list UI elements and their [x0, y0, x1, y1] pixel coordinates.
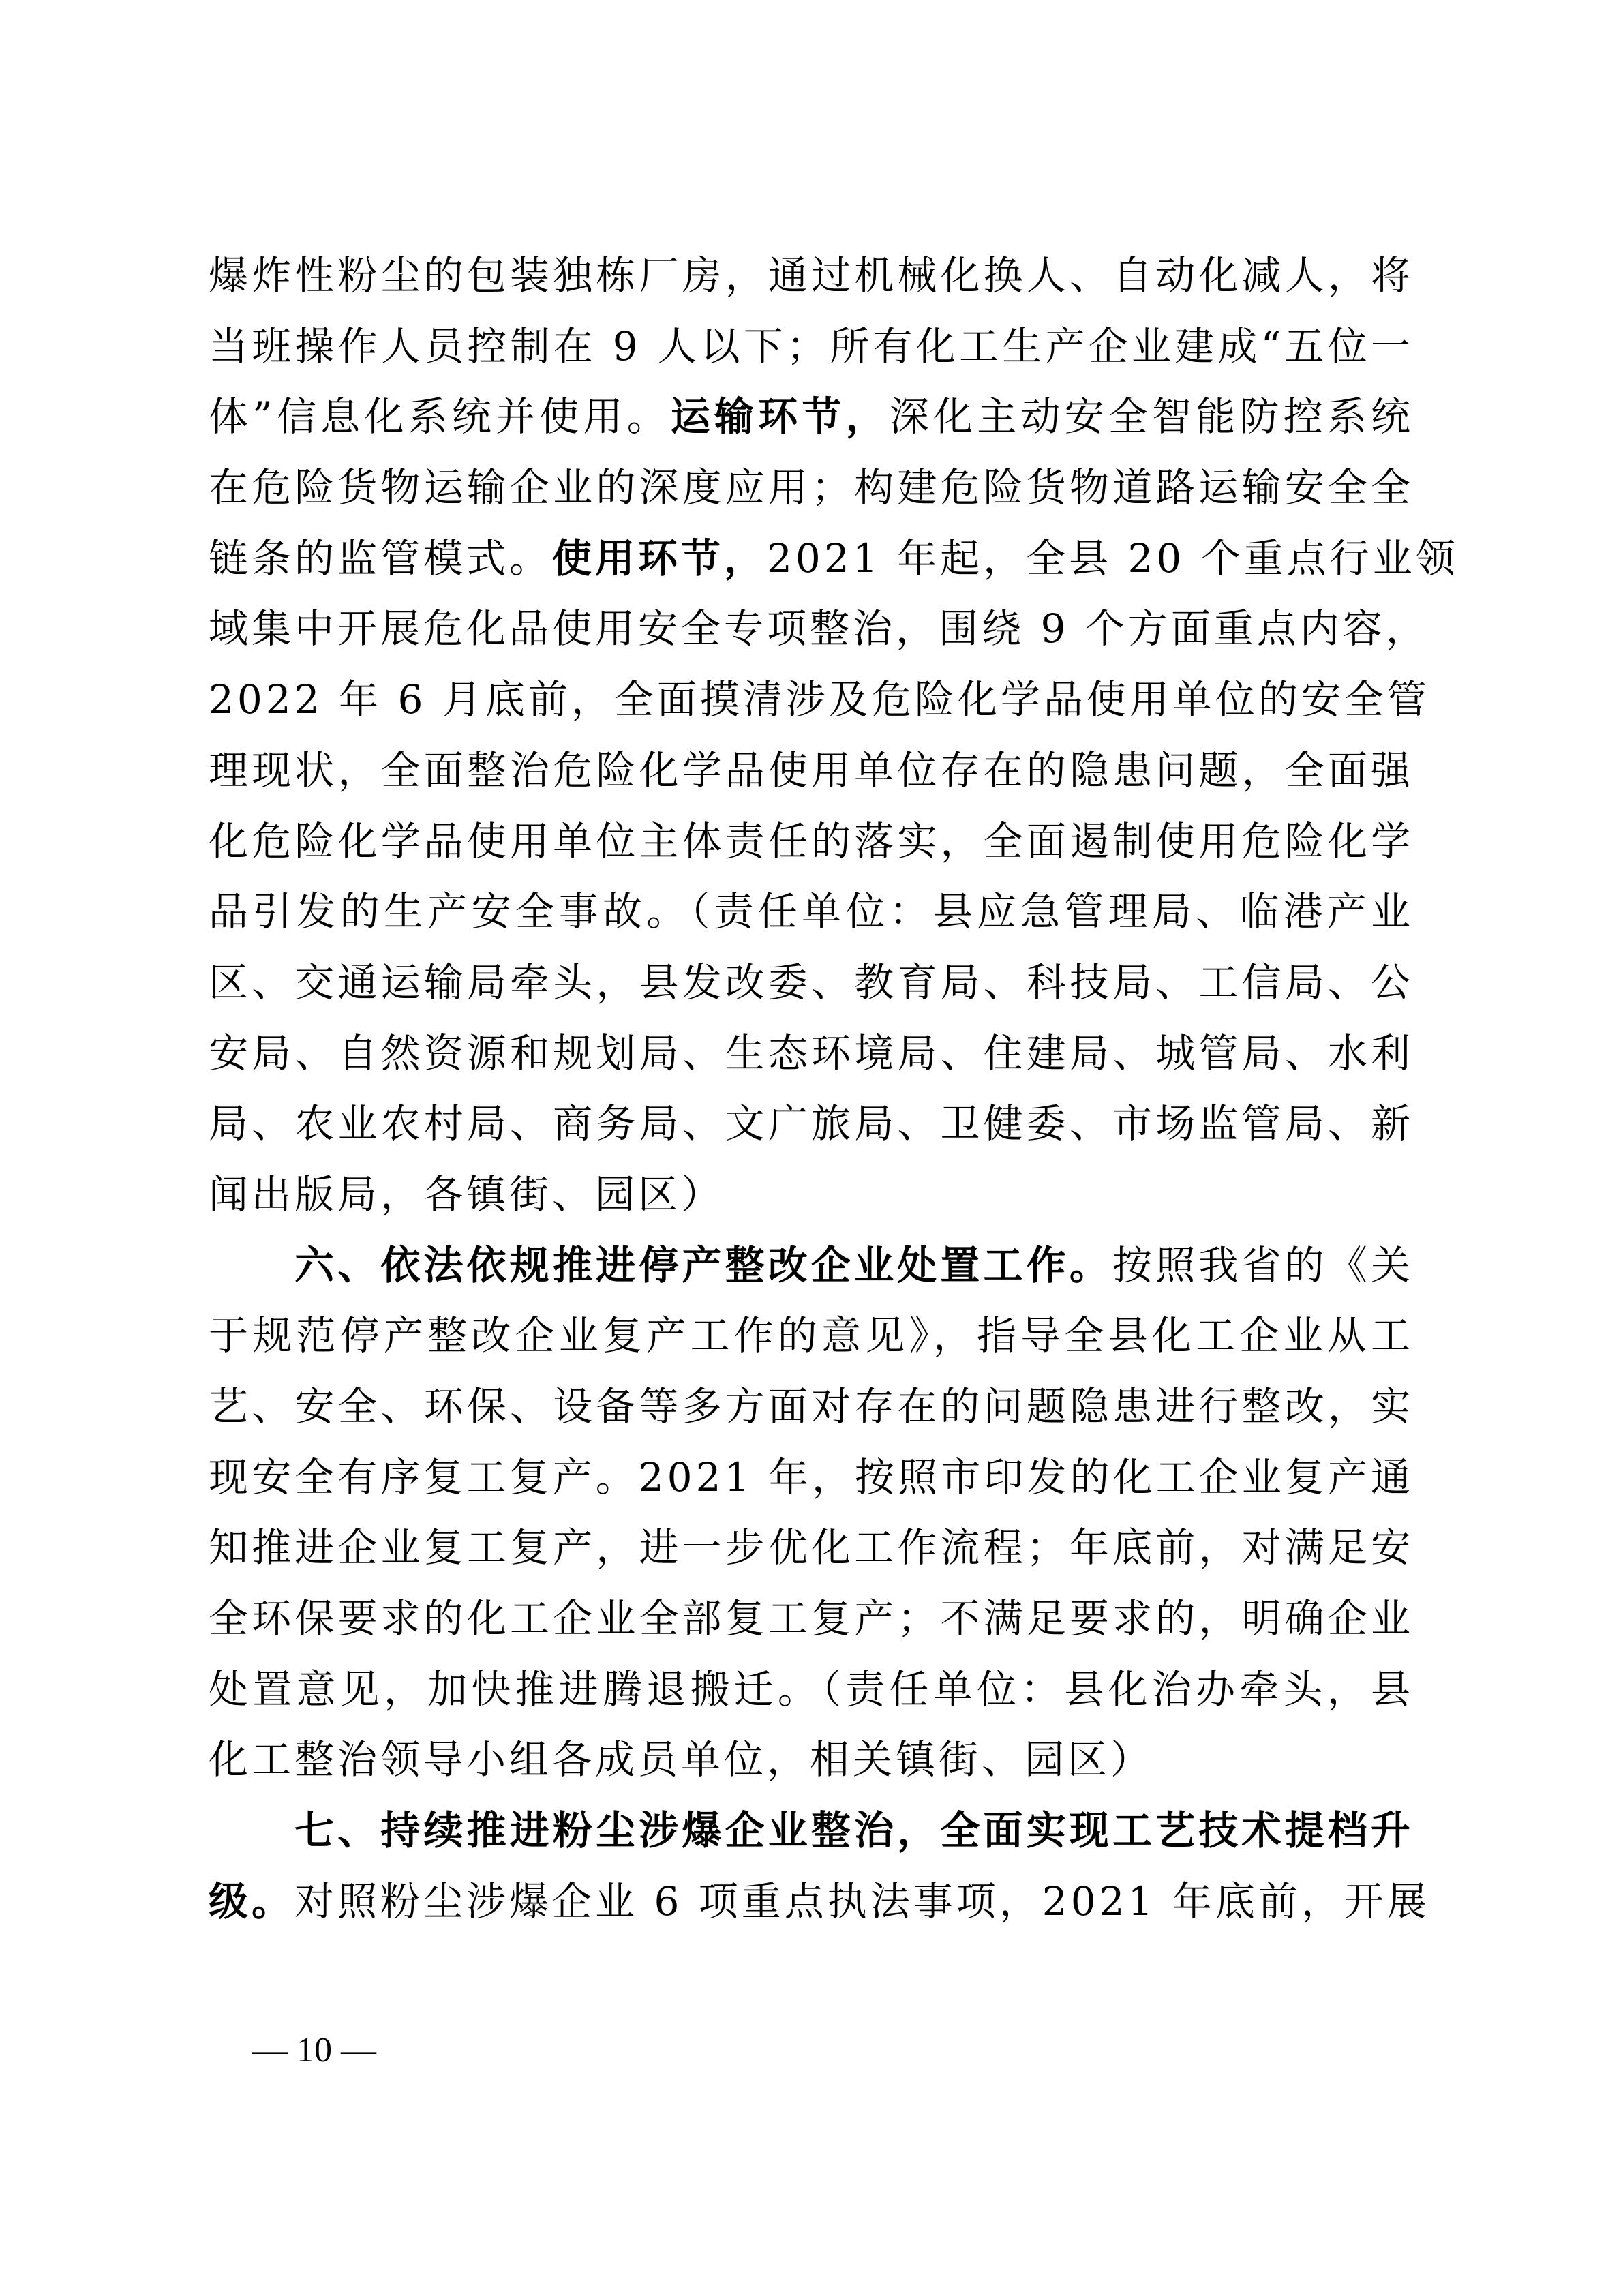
text-run: 按照我省的《关: [1112, 1242, 1414, 1288]
section-heading-6: 六、依法依规推进停产整改企业处置工作。: [294, 1242, 1112, 1288]
text-run: 在危险货物运输企业的深度应用；构建危险货物道路运输安全全: [209, 464, 1414, 511]
text-line: 区、交通运输局牵头，县发改委、教育局、科技局、工信局、公: [209, 951, 1414, 1022]
text-line: 七、持续推进粉尘涉爆企业整治，全面实现工艺技术提档升: [209, 1799, 1414, 1870]
text-line: 爆炸性粉尘的包装独栋厂房，通过机械化换人、自动化减人，将: [209, 244, 1414, 315]
bold-keyword-usage: 使用环节，: [552, 535, 767, 581]
text-line: 于规范停产整改企业复产工作的意见》，指导全县化工企业从工: [209, 1304, 1414, 1375]
text-line: 闻出版局，各镇街、园区）: [209, 1163, 1414, 1234]
text-line: 六、依法依规推进停产整改企业处置工作。按照我省的《关: [209, 1234, 1414, 1305]
text-line: 现安全有序复工复产。2021 年，按照市印发的化工企业复产通: [209, 1446, 1414, 1517]
text-line: 安局、自然资源和规划局、生态环境局、住建局、城管局、水利: [209, 1022, 1414, 1093]
text-line: 链条的监管模式。使用环节，2021 年起，全县 20 个重点行业领: [209, 527, 1414, 598]
text-line: 2022 年 6 月底前，全面摸清涉及危险化学品使用单位的安全管: [209, 668, 1414, 739]
text-run: 链条的监管模式。: [209, 535, 552, 581]
text-run: 知推进企业复工复产，进一步优化工作流程；年底前，对满足安: [209, 1524, 1414, 1571]
text-line: 品引发的生产安全事故。（责任单位：县应急管理局、临港产业: [209, 880, 1414, 951]
text-line: 全环保要求的化工企业全部复工复产；不满足要求的，明确企业: [209, 1587, 1414, 1658]
text-run: 爆炸性粉尘的包装独栋厂房，通过机械化换人、自动化减人，将: [209, 252, 1414, 299]
text-line: 艺、安全、环保、设备等多方面对存在的问题隐患进行整改，实: [209, 1375, 1414, 1446]
text-run: 理现状，全面整治危险化学品使用单位存在的隐患问题，全面强: [209, 747, 1414, 794]
text-run: 安局、自然资源和规划局、生态环境局、住建局、城管局、水利: [209, 1030, 1414, 1076]
text-run: 于规范停产整改企业复产工作的意见》，指导全县化工企业从工: [209, 1312, 1414, 1359]
text-line: 当班操作人员控制在 9 人以下；所有化工生产企业建成“五位一: [209, 315, 1414, 386]
text-line: 级。对照粉尘涉爆企业 6 项重点执法事项，2021 年底前，开展: [209, 1870, 1414, 1941]
text-line: 域集中开展危化品使用安全专项整治，围绕 9 个方面重点内容，: [209, 597, 1414, 668]
document-page: 爆炸性粉尘的包装独栋厂房，通过机械化换人、自动化减人，将 当班操作人员控制在 9…: [0, 0, 1623, 2296]
text-run: 品引发的生产安全事故。（责任单位：县应急管理局、临港产业: [209, 888, 1414, 935]
paragraph-hazmat-links: 爆炸性粉尘的包装独栋厂房，通过机械化换人、自动化减人，将 当班操作人员控制在 9…: [209, 244, 1414, 1234]
text-run: 全环保要求的化工企业全部复工复产；不满足要求的，明确企业: [209, 1595, 1414, 1642]
text-line: 化工整治领导小组各成员单位，相关镇街、园区）: [209, 1728, 1414, 1799]
text-run: 当班操作人员控制在 9 人以下；所有化工生产企业建成“五位一: [209, 323, 1414, 369]
text-run: 区、交通运输局牵头，县发改委、教育局、科技局、工信局、公: [209, 959, 1414, 1006]
text-run: 体”信息化系统并使用。: [209, 393, 671, 440]
text-run: 2021 年起，全县 20 个重点行业领: [767, 535, 1459, 581]
paragraph-section-7: 七、持续推进粉尘涉爆企业整治，全面实现工艺技术提档升 级。对照粉尘涉爆企业 6 …: [209, 1799, 1414, 1940]
text-line: 知推进企业复工复产，进一步优化工作流程；年底前，对满足安: [209, 1516, 1414, 1587]
body-text: 爆炸性粉尘的包装独栋厂房，通过机械化换人、自动化减人，将 当班操作人员控制在 9…: [209, 244, 1414, 1941]
text-run: 处置意见，加快推进腾退搬迁。（责任单位：县化治办牵头，县: [209, 1666, 1414, 1712]
section-heading-7-cont: 级。: [209, 1878, 294, 1924]
paragraph-section-6: 六、依法依规推进停产整改企业处置工作。按照我省的《关 于规范停产整改企业复产工作…: [209, 1234, 1414, 1800]
text-line: 局、农业农村局、商务局、文广旅局、卫健委、市场监管局、新: [209, 1092, 1414, 1163]
text-run: 域集中开展危化品使用安全专项整治，围绕 9 个方面重点内容，: [209, 605, 1429, 652]
text-line: 体”信息化系统并使用。运输环节，深化主动安全智能防控系统: [209, 385, 1414, 456]
text-line: 处置意见，加快推进腾退搬迁。（责任单位：县化治办牵头，县: [209, 1658, 1414, 1729]
text-line: 理现状，全面整治危险化学品使用单位存在的隐患问题，全面强: [209, 739, 1414, 810]
section-heading-7: 七、持续推进粉尘涉爆企业整治，全面实现工艺技术提档升: [294, 1807, 1414, 1854]
text-run: 闻出版局，各镇街、园区）: [209, 1171, 724, 1218]
text-run: 现安全有序复工复产。2021 年，按照市印发的化工企业复产通: [209, 1454, 1414, 1500]
bold-keyword-transport: 运输环节，: [671, 393, 890, 440]
text-run: 2022 年 6 月底前，全面摸清涉及危险化学品使用单位的安全管: [209, 676, 1430, 723]
text-run: 化工整治领导小组各成员单位，相关镇街、园区）: [209, 1736, 1153, 1783]
page-number: — 10 —: [252, 2030, 376, 2071]
text-run: 深化主动安全智能防控系统: [890, 393, 1414, 440]
text-line: 在危险货物运输企业的深度应用；构建危险货物道路运输安全全: [209, 456, 1414, 527]
text-run: 局、农业农村局、商务局、文广旅局、卫健委、市场监管局、新: [209, 1100, 1414, 1147]
text-line: 化危险化学品使用单位主体责任的落实，全面遏制使用危险化学: [209, 810, 1414, 881]
text-run: 化危险化学品使用单位主体责任的落实，全面遏制使用危险化学: [209, 818, 1414, 864]
text-run: 艺、安全、环保、设备等多方面对存在的问题隐患进行整改，实: [209, 1383, 1414, 1430]
text-run: 对照粉尘涉爆企业 6 项重点执法事项，2021 年底前，开展: [294, 1878, 1430, 1924]
